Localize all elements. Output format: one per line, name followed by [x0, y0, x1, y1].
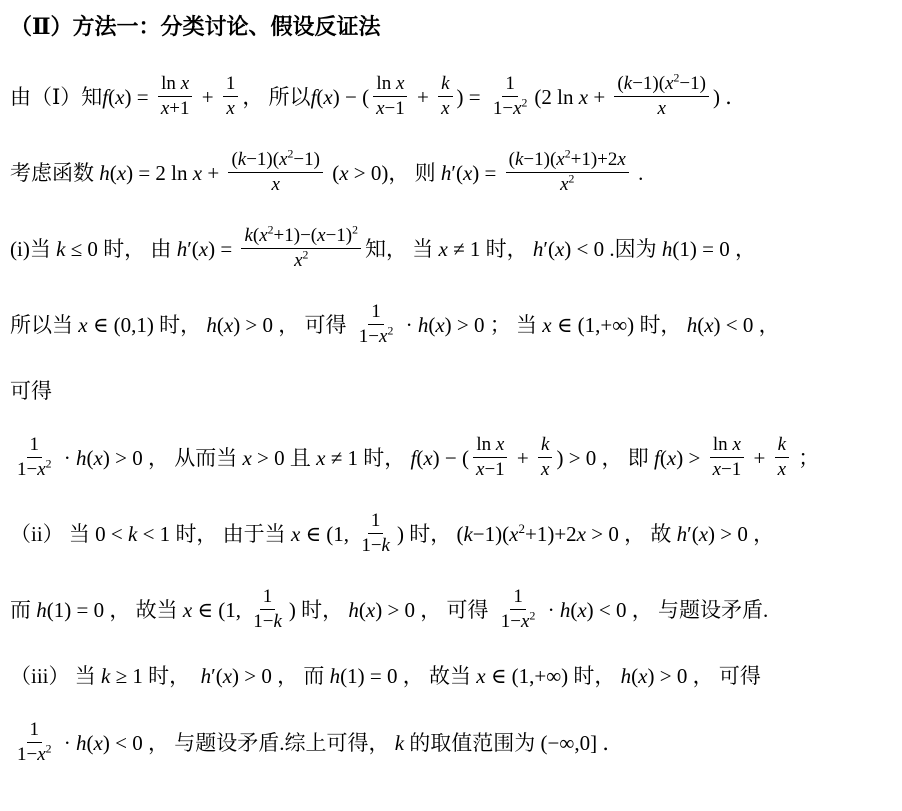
- line-case-ii: （ii） 当 0 < k < 1 时， 由于当 x ∈ (1, 11−k) 时，…: [10, 509, 896, 558]
- text-run: ， 故当: [109, 595, 183, 625]
- fraction: 11−x2: [356, 300, 397, 349]
- text-run: ， 可得: [420, 595, 494, 625]
- fraction-numerator: 1: [223, 72, 239, 97]
- text-run: 考虑函数: [10, 158, 99, 188]
- fraction-numerator: 1: [368, 509, 384, 534]
- fraction: 11−x2: [490, 72, 531, 121]
- text-run: 所以当: [10, 310, 78, 340]
- math-run: (k−1)(x2+1)+2x > 0: [456, 519, 624, 549]
- math-run: f(x) >: [654, 443, 706, 473]
- math-run: f(x) − (: [311, 82, 370, 112]
- fraction: 11−k: [358, 509, 393, 558]
- math-run: · h(x) > 0: [400, 310, 489, 340]
- math-run: h(x) > 0: [348, 595, 420, 625]
- fraction-denominator: 1−k: [358, 534, 393, 558]
- fraction-numerator: (k−1)(x2+1)+2x: [506, 148, 629, 173]
- math-run: x ∈ (1,: [183, 595, 246, 625]
- text-run: ； 当: [490, 310, 543, 340]
- fraction-numerator: (k−1)(x2−1): [614, 72, 709, 97]
- math-run: h′(x) > 0: [677, 519, 754, 549]
- math-run: (2 ln x +: [534, 82, 610, 112]
- text-run: 时，: [573, 661, 620, 691]
- fraction-numerator: 1: [260, 585, 276, 610]
- fraction-numerator: k: [775, 433, 789, 458]
- line-case-ii-contradiction: 而 h(1) = 0 ， 故当 x ∈ (1, 11−k) 时， h(x) > …: [10, 585, 896, 634]
- math-run: x ≠ 1: [316, 443, 363, 473]
- text-run: 时，: [409, 519, 456, 549]
- fraction-denominator: x: [775, 458, 789, 482]
- text-run: （Ⅱ）方法一：分类讨论、假设反证法: [10, 12, 381, 42]
- text-run: 由（Ⅰ）知: [10, 82, 102, 112]
- fraction-denominator: x2: [291, 249, 311, 273]
- math-run: ): [289, 595, 301, 625]
- math-run: +: [412, 82, 434, 112]
- math-solution-document: （Ⅱ）方法一：分类讨论、假设反证法由（Ⅰ）知f(x) = ln xx+1 + 1…: [0, 0, 902, 811]
- fraction-numerator: ln x: [373, 72, 407, 97]
- text-run: (i)当: [10, 234, 56, 264]
- text-run: 可得: [10, 376, 52, 406]
- fraction-denominator: 1−k: [250, 610, 285, 634]
- fraction: k(x2+1)−(x−1)2x2: [241, 224, 361, 273]
- text-run: ， 可得: [693, 661, 761, 691]
- math-run: x ∈ (1,: [291, 519, 354, 549]
- fraction-denominator: x: [268, 173, 282, 197]
- line-kede: 可得: [10, 376, 896, 406]
- math-run: 0 < k < 1: [95, 519, 175, 549]
- text-run: 时， 由: [103, 234, 177, 264]
- line-case-i-intervals: 所以当 x ∈ (0,1) 时， h(x) > 0 ， 可得 11−x2 · h…: [10, 300, 896, 349]
- fraction: ln xx−1: [710, 433, 745, 482]
- fraction: 11−x2: [498, 585, 539, 634]
- text-run: 时，: [159, 310, 206, 340]
- fraction: kx: [775, 433, 789, 482]
- math-run: h(x) = 2 ln x +: [99, 158, 224, 188]
- math-run: x > 0: [242, 443, 289, 473]
- fraction-denominator: x−1: [710, 458, 745, 482]
- math-run: k: [395, 728, 410, 758]
- text-run: ， 可得: [278, 310, 352, 340]
- math-run: h(1) = 0: [36, 595, 109, 625]
- text-run: 因为: [615, 234, 662, 264]
- math-run: ) > 0: [556, 443, 601, 473]
- line-case-iii: （iii） 当 k ≥ 1 时， h′(x) > 0 ， 而 h(1) = 0 …: [10, 661, 896, 691]
- text-run: ，: [753, 519, 774, 549]
- fraction-numerator: ln x: [710, 433, 744, 458]
- fraction-numerator: k: [538, 433, 552, 458]
- text-run: ， 则: [388, 158, 441, 188]
- math-run: h(1) = 0: [662, 234, 735, 264]
- fraction: (k−1)(x2−1)x: [614, 72, 709, 121]
- fraction-denominator: 1−x2: [14, 458, 55, 482]
- heading-method-one: （Ⅱ）方法一：分类讨论、假设反证法: [10, 12, 896, 42]
- text-run: ， 与题设矛盾.综上可得，: [148, 728, 395, 758]
- math-run: ): [397, 519, 409, 549]
- math-run: h(x) < 0: [687, 310, 759, 340]
- text-run: （iii） 当: [10, 661, 101, 691]
- math-run: x ≠ 1: [439, 234, 486, 264]
- fraction: (k−1)(x2−1)x: [228, 148, 323, 197]
- fraction-numerator: 1: [502, 72, 518, 97]
- text-run: ；: [793, 443, 819, 473]
- fraction-denominator: x: [223, 97, 237, 121]
- math-run: f(x) =: [102, 82, 154, 112]
- line-final-conclusion: 11−x2 · h(x) < 0 ， 与题设矛盾.综上可得， k 的取值范围为 …: [10, 718, 896, 767]
- math-run: · h(x) < 0: [542, 595, 631, 625]
- math-run: .: [633, 158, 644, 188]
- text-run: ， 故当: [403, 661, 477, 691]
- math-run: h(1) = 0: [330, 661, 403, 691]
- text-run: 知， 当: [365, 234, 439, 264]
- math-run: h′(x) =: [177, 234, 238, 264]
- fraction: ln xx−1: [373, 72, 408, 121]
- fraction-denominator: 1−x2: [490, 97, 531, 121]
- text-run: 且: [290, 443, 316, 473]
- fraction-denominator: 1−x2: [498, 610, 539, 634]
- fraction: 11−k: [250, 585, 285, 634]
- fraction: ln xx+1: [158, 72, 193, 121]
- fraction-numerator: 1: [368, 300, 384, 325]
- math-run: k ≤ 0: [56, 234, 103, 264]
- text-run: ， 即: [602, 443, 655, 473]
- fraction-denominator: x+1: [158, 97, 193, 121]
- text-run: ，: [735, 234, 756, 264]
- fraction-denominator: x−1: [373, 97, 408, 121]
- math-run: h(x) > 0: [206, 310, 278, 340]
- text-run: 时，: [148, 661, 201, 691]
- text-run: ， 所以: [242, 82, 310, 112]
- fraction-numerator: ln x: [473, 433, 507, 458]
- fraction-denominator: x: [538, 458, 552, 482]
- fraction-numerator: ln x: [158, 72, 192, 97]
- math-run: x ∈ (1,+∞): [542, 310, 639, 340]
- fraction: 1x: [223, 72, 239, 121]
- math-run: f(x) − (: [411, 443, 470, 473]
- text-run: 的取值范围为: [409, 728, 540, 758]
- math-run: h′(x) > 0: [201, 661, 278, 691]
- fraction: ln xx−1: [473, 433, 508, 482]
- math-run: · h(x) > 0: [59, 443, 148, 473]
- fraction-numerator: k(x2+1)−(x−1)2: [241, 224, 361, 249]
- math-run: +: [512, 443, 534, 473]
- fraction-denominator: x: [438, 97, 452, 121]
- text-run: 时，: [301, 595, 348, 625]
- math-run: x ∈ (0,1): [78, 310, 159, 340]
- math-run: (x > 0): [327, 158, 388, 188]
- math-run: +: [196, 82, 218, 112]
- text-run: 时，: [639, 310, 686, 340]
- math-run: ): [713, 82, 720, 112]
- fraction-numerator: (k−1)(x2−1): [228, 148, 323, 173]
- line-case-i: (i)当 k ≤ 0 时， 由 h′(x) = k(x2+1)−(x−1)2x2…: [10, 224, 896, 273]
- text-run: ， 而: [277, 661, 330, 691]
- fraction-numerator: 1: [510, 585, 526, 610]
- fraction-numerator: 1: [27, 433, 43, 458]
- math-run: ) =: [457, 82, 486, 112]
- text-run: （ii） 当: [10, 519, 95, 549]
- text-run: ， 故: [624, 519, 677, 549]
- text-run: 时，: [486, 234, 533, 264]
- text-run: ，: [759, 310, 780, 340]
- math-run: x ∈ (1,+∞): [476, 661, 573, 691]
- fraction: (k−1)(x2+1)+2xx2: [506, 148, 629, 197]
- text-run: 而: [10, 595, 36, 625]
- math-run: h′(x) =: [441, 158, 502, 188]
- fraction-denominator: 1−x2: [356, 325, 397, 349]
- line-f-definition: 由（Ⅰ）知f(x) = ln xx+1 + 1x， 所以f(x) − (ln x…: [10, 72, 896, 121]
- math-run: (−∞,0]: [541, 728, 598, 758]
- line-h-definition: 考虑函数 h(x) = 2 ln x + (k−1)(x2−1)x (x > 0…: [10, 148, 896, 197]
- text-run: ， 从而当: [148, 443, 243, 473]
- fraction: 11−x2: [14, 433, 55, 482]
- fraction: kx: [438, 72, 452, 121]
- fraction: 11−x2: [14, 718, 55, 767]
- fraction-denominator: x2: [557, 173, 577, 197]
- fraction-numerator: 1: [27, 718, 43, 743]
- fraction-denominator: 1−x2: [14, 743, 55, 767]
- document-lines: （Ⅱ）方法一：分类讨论、假设反证法由（Ⅰ）知f(x) = ln xx+1 + 1…: [10, 12, 896, 767]
- fraction-denominator: x−1: [473, 458, 508, 482]
- fraction-numerator: k: [438, 72, 452, 97]
- math-run: h′(x) < 0 .: [533, 234, 615, 264]
- text-run: 时， 由于当: [175, 519, 291, 549]
- text-run: ．: [597, 728, 623, 758]
- line-case-i-conclusion: 11−x2 · h(x) > 0 ， 从而当 x > 0 且 x ≠ 1 时， …: [10, 433, 896, 482]
- fraction-denominator: x: [654, 97, 668, 121]
- text-run: 时，: [363, 443, 410, 473]
- math-run: +: [748, 443, 770, 473]
- text-run: ．: [720, 82, 746, 112]
- math-run: · h(x) < 0: [59, 728, 148, 758]
- math-run: h(x) > 0: [621, 661, 693, 691]
- math-run: k ≥ 1: [101, 661, 148, 691]
- text-run: ， 与题设矛盾.: [632, 595, 769, 625]
- fraction: kx: [538, 433, 552, 482]
